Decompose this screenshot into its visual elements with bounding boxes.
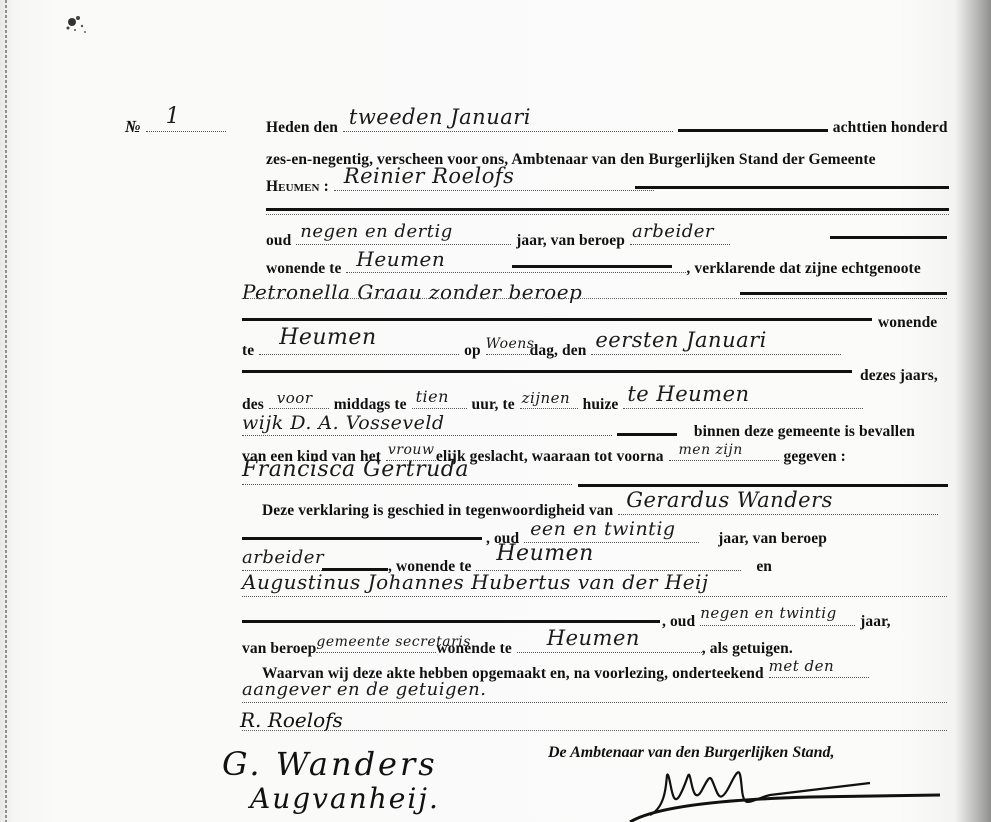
signing-note-field: met den (769, 663, 869, 678)
rule (635, 186, 949, 189)
witness2-age-field: negen en twintig (700, 611, 855, 626)
official-title: De Ambtenaar van den Burgerlijken Stand, (548, 743, 835, 763)
rule (242, 620, 660, 623)
line-11: wijk D. A. Vosseveld binnen deze gemeent… (242, 421, 915, 442)
printed-text: Heden den (266, 119, 338, 136)
record-number-field: 1 (146, 117, 226, 132)
binding-edge (5, 0, 7, 822)
printed-text: huize (583, 396, 619, 413)
occupation-field: arbeider (630, 230, 730, 245)
printed-text: van beroep (242, 640, 316, 657)
official-signature (610, 765, 950, 822)
witness2-name: Augustinus Johannes Hubertus van der Hei… (242, 572, 709, 592)
handwritten-date: tweeden Januari (349, 107, 531, 127)
dotted-rule (242, 730, 947, 731)
birth-ampm: voor (277, 388, 313, 408)
printed-text: jaar, van beroep (718, 530, 827, 547)
signature-declarant: R. Roelofs (240, 708, 343, 732)
line-17: Augustinus Johannes Hubertus van der Hei… (242, 582, 947, 602)
printed-text: , oud (662, 613, 695, 630)
rule (242, 318, 872, 321)
witness1-occupation: arbeider (242, 548, 324, 568)
line-18: , oud negen en twintig jaar, (662, 611, 891, 632)
mother-name: Petronella Graau zonder beroep (242, 280, 582, 304)
witness1-residence-field: Heumen (476, 556, 741, 571)
declarant-occupation: arbeider (632, 222, 714, 242)
age-field: negen en dertig (296, 230, 511, 245)
rule (617, 423, 677, 436)
rule (678, 119, 828, 132)
rule (242, 370, 852, 373)
signature-witness-2: Augvanheij. (250, 782, 440, 815)
declarant-age: negen en dertig (300, 222, 453, 242)
witness2-residence: Heumen (547, 628, 640, 648)
signature-witness-1: G. Wanders (222, 745, 438, 783)
witness1-residence: Heumen (496, 544, 593, 564)
witness1-name-field: Gerardus Wanders (618, 500, 938, 515)
printed-text: gegeven : (783, 448, 845, 465)
birth-weekday: Woens (486, 334, 535, 354)
line-7: wonende (878, 313, 937, 333)
witness2-occupation-field: gemeente secretaris (316, 638, 436, 653)
mother-residence: Heumen (279, 328, 376, 348)
birth-date-field: eersten Januari (591, 340, 841, 355)
declarant-field: Reinier Roelofs (334, 176, 654, 191)
given-names-note-field: men zijn (669, 446, 779, 461)
printed-text: Deze verklaring is geschied in tegenwoor… (262, 502, 613, 519)
ampm-field: voor (269, 394, 329, 409)
birth-address: wijk D. A. Vosseveld (242, 413, 445, 433)
child-name: Francisca Gertruda (242, 460, 469, 480)
printed-text: uur, te (472, 396, 515, 413)
rule (512, 265, 672, 268)
date-field: tweeden Januari (343, 117, 673, 132)
record-number-line: № 1 (125, 117, 226, 137)
child-name-field: Francisca Gertruda (242, 470, 572, 485)
document-page: № 1 Heden den tweeden Januari achttien h… (0, 0, 991, 822)
record-number-label: № (125, 117, 141, 136)
rule (578, 484, 948, 487)
printed-text: des (242, 396, 264, 413)
rule (242, 537, 482, 540)
address-field: wijk D. A. Vosseveld (242, 421, 612, 436)
municipality-label: Heumen : (266, 178, 329, 195)
signing-note: met den (769, 656, 835, 676)
dotted-rule (242, 298, 947, 299)
mother-residence-field: Heumen (259, 340, 459, 355)
line-13: Francisca Gertruda (242, 470, 572, 490)
line-21: aangever en de getuigen. (242, 688, 947, 708)
rule (266, 208, 949, 211)
printed-text: op (464, 342, 481, 359)
printed-text: wonende te (266, 260, 341, 277)
printed-text: binnen deze gemeente is bevallen (694, 423, 915, 440)
ink-stain (60, 8, 100, 48)
rule (830, 236, 947, 239)
printed-text: te (242, 342, 254, 359)
line-3: Heumen : Reinier Roelofs (266, 176, 654, 197)
birth-hour: tien (416, 387, 449, 407)
hour-field: tien (412, 394, 467, 409)
line-6: Petronella Graau zonder beroep (242, 282, 582, 304)
declarant-residence: Heumen (356, 249, 445, 269)
printed-text: achttien honderd (833, 119, 948, 136)
line-1: Heden den tweeden Januari achttien honde… (266, 117, 948, 138)
house-owner-field: zijnen (520, 394, 578, 409)
weekday-field: Woens (486, 340, 530, 355)
line-8: te Heumen op Woens dag, den eersten Janu… (242, 340, 841, 361)
printed-text: jaar, (860, 613, 891, 630)
rule (740, 292, 947, 295)
birth-date: eersten Januari (595, 330, 767, 350)
witness1-age: een en twintig (530, 519, 675, 539)
line-5: wonende te Heumen , verklarende dat zijn… (266, 258, 921, 279)
printed-text: elijk geslacht, waaraan tot voorna (436, 448, 664, 465)
line-4: oud negen en dertig jaar, van beroep arb… (266, 230, 730, 251)
dotted-rule (266, 214, 949, 215)
printed-text: en (756, 558, 772, 575)
witness1-name: Gerardus Wanders (626, 490, 833, 510)
witness2-name-field: Augustinus Johannes Hubertus van der Hei… (242, 582, 947, 597)
line-9: dezes jaars, (860, 366, 938, 386)
given-names-note: men zijn (679, 440, 743, 460)
printed-text: middags te (334, 396, 407, 413)
witness1-occupation-field: arbeider (242, 556, 322, 571)
printed-text: , verklarende dat zijne echtgenoote (686, 260, 920, 277)
printed-text: dag, den (530, 342, 587, 359)
signing-note-cont-field: aangever en de getuigen. (242, 688, 947, 703)
birth-place: te Heumen (627, 384, 749, 404)
record-number-value: 1 (166, 107, 181, 127)
witness2-age: negen en twintig (700, 603, 837, 623)
birth-place-field: te Heumen (623, 394, 863, 409)
witness2-occupation: gemeente secretaris (316, 632, 471, 652)
printed-text: , als getuigen. (702, 640, 793, 657)
witness2-residence-field: Heumen (517, 638, 702, 653)
signing-note-cont: aangever en de getuigen. (242, 680, 487, 700)
printed-text: oud (266, 232, 291, 249)
declarant-name: Reinier Roelofs (344, 166, 515, 186)
birth-house-owner: zijnen (522, 388, 571, 408)
printed-text: jaar, van beroep (516, 232, 625, 249)
line-19: van beroep gemeente secretaris wonende t… (242, 638, 793, 659)
